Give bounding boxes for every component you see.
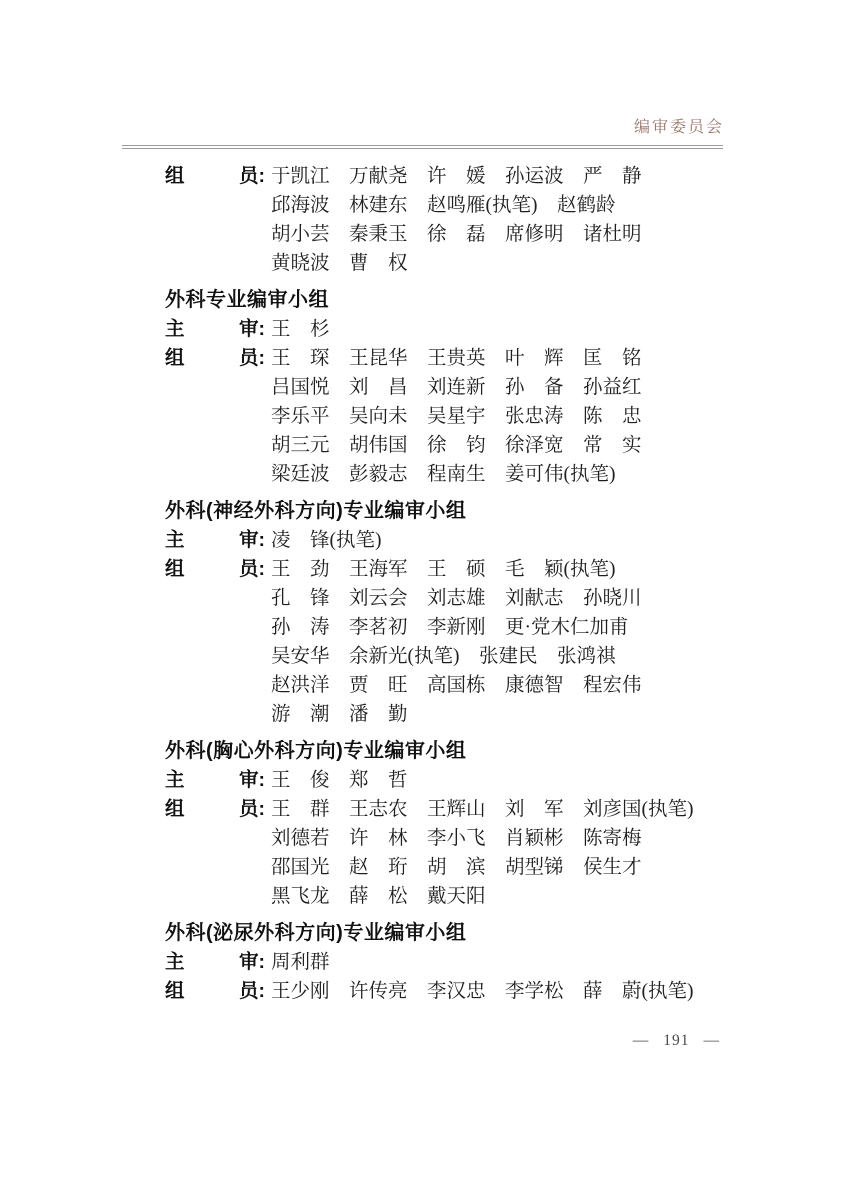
row-label: 组员: bbox=[165, 162, 265, 191]
member-lines: 王 琛 王昆华 王贵英 叶 辉 匡 铭吕国悦 刘 昌 刘连新 孙 备 孙益红李乐… bbox=[265, 344, 725, 489]
member-line: 李乐平 吴向未 吴星宇 张忠涛 陈 忠 bbox=[271, 402, 725, 431]
member-line: 黄晓波 曹 权 bbox=[271, 249, 725, 278]
member-lines: 于凯江 万献尧 许 媛 孙运波 严 静邱海波 林建东 赵鸣雁(执笔) 赵鹤龄胡小… bbox=[265, 162, 725, 278]
row-label: 主审: bbox=[165, 315, 265, 344]
member-line: 王 俊 郑 哲 bbox=[271, 766, 725, 795]
committee-row: 主审:凌 锋(执笔) bbox=[165, 526, 725, 555]
committee-row: 组员:王 劲 王海军 王 硕 毛 颖(执笔)孔 锋 刘云会 刘志雄 刘献志 孙晓… bbox=[165, 555, 725, 729]
member-line: 胡三元 胡伟国 徐 钧 徐泽宽 常 实 bbox=[271, 431, 725, 460]
member-line: 孔 锋 刘云会 刘志雄 刘献志 孙晓川 bbox=[271, 584, 725, 613]
row-label: 主审: bbox=[165, 766, 265, 795]
member-lines: 凌 锋(执笔) bbox=[265, 526, 725, 555]
member-line: 王 群 王志农 王辉山 刘 军 刘彦国(执笔) bbox=[271, 795, 725, 824]
row-label-second: 审: bbox=[239, 766, 265, 795]
member-lines: 王 俊 郑 哲 bbox=[265, 766, 725, 795]
committee-row: 主审:王 杉 bbox=[165, 315, 725, 344]
row-label-second: 审: bbox=[239, 526, 265, 555]
member-line: 王 杉 bbox=[271, 315, 725, 344]
section-heading: 外科专业编审小组 bbox=[165, 286, 725, 315]
header-rule bbox=[122, 145, 723, 149]
member-line: 王少刚 许传亮 李汉忠 李学松 薛 蔚(执笔) bbox=[271, 977, 725, 1006]
member-line: 吕国悦 刘 昌 刘连新 孙 备 孙益红 bbox=[271, 373, 725, 402]
row-label-first: 组 bbox=[165, 795, 185, 824]
member-line: 梁廷波 彭毅志 程南生 姜可伟(执笔) bbox=[271, 460, 725, 489]
member-lines: 王 劲 王海军 王 硕 毛 颖(执笔)孔 锋 刘云会 刘志雄 刘献志 孙晓川孙 … bbox=[265, 555, 725, 729]
member-lines: 王 群 王志农 王辉山 刘 军 刘彦国(执笔)刘德若 许 林 李小飞 肖颖彬 陈… bbox=[265, 795, 725, 911]
member-line: 刘德若 许 林 李小飞 肖颖彬 陈寄梅 bbox=[271, 824, 725, 853]
member-line: 凌 锋(执笔) bbox=[271, 526, 725, 555]
member-lines: 王 杉 bbox=[265, 315, 725, 344]
row-label-second: 员: bbox=[239, 344, 265, 373]
book-page: 编审委员会 组员:于凯江 万献尧 许 媛 孙运波 严 静邱海波 林建东 赵鸣雁(… bbox=[0, 0, 849, 1200]
member-line: 邱海波 林建东 赵鸣雁(执笔) 赵鹤龄 bbox=[271, 191, 725, 220]
member-line: 游 潮 潘 勤 bbox=[271, 700, 725, 729]
row-label-first: 组 bbox=[165, 555, 185, 584]
row-label-first: 主 bbox=[165, 948, 185, 977]
committee-row: 组员:王 琛 王昆华 王贵英 叶 辉 匡 铭吕国悦 刘 昌 刘连新 孙 备 孙益… bbox=[165, 344, 725, 489]
row-label: 组员: bbox=[165, 555, 265, 584]
row-label: 组员: bbox=[165, 977, 265, 1006]
folio-dash-right: — bbox=[704, 1032, 721, 1050]
row-label: 组员: bbox=[165, 344, 265, 373]
member-line: 孙 涛 李茗初 李新刚 更·党木仁加甫 bbox=[271, 613, 725, 642]
member-line: 黑飞龙 薛 松 戴天阳 bbox=[271, 882, 725, 911]
page-footer: —191— bbox=[123, 1032, 724, 1050]
row-label: 主审: bbox=[165, 526, 265, 555]
member-line: 吴安华 余新光(执笔) 张建民 张鸿祺 bbox=[271, 642, 725, 671]
committee-row: 主审:周利群 bbox=[165, 948, 725, 977]
running-header: 编审委员会 bbox=[123, 114, 724, 137]
row-label-second: 员: bbox=[239, 555, 265, 584]
committee-list: 组员:于凯江 万献尧 许 媛 孙运波 严 静邱海波 林建东 赵鸣雁(执笔) 赵鹤… bbox=[165, 150, 725, 1006]
section-heading: 外科(胸心外科方向)专业编审小组 bbox=[165, 737, 725, 766]
section-heading: 外科(神经外科方向)专业编审小组 bbox=[165, 497, 725, 526]
page-number: 191 bbox=[663, 1032, 689, 1050]
member-lines: 王少刚 许传亮 李汉忠 李学松 薛 蔚(执笔) bbox=[265, 977, 725, 1006]
row-label-first: 组 bbox=[165, 344, 185, 373]
row-label-second: 审: bbox=[239, 315, 265, 344]
member-line: 王 劲 王海军 王 硕 毛 颖(执笔) bbox=[271, 555, 725, 584]
folio-dash-left: — bbox=[633, 1032, 650, 1050]
row-label-first: 主 bbox=[165, 766, 185, 795]
committee-row: 组员:王少刚 许传亮 李汉忠 李学松 薛 蔚(执笔) bbox=[165, 977, 725, 1006]
row-label-first: 组 bbox=[165, 977, 185, 1006]
committee-row: 组员:王 群 王志农 王辉山 刘 军 刘彦国(执笔)刘德若 许 林 李小飞 肖颖… bbox=[165, 795, 725, 911]
chapter-title: 编审委员会 bbox=[634, 119, 724, 136]
row-label: 组员: bbox=[165, 795, 265, 824]
row-label-second: 员: bbox=[239, 977, 265, 1006]
member-line: 胡小芸 秦秉玉 徐 磊 席修明 诸杜明 bbox=[271, 220, 725, 249]
row-label-second: 员: bbox=[239, 162, 265, 191]
member-line: 于凯江 万献尧 许 媛 孙运波 严 静 bbox=[271, 162, 725, 191]
member-line: 周利群 bbox=[271, 948, 725, 977]
row-label-first: 主 bbox=[165, 315, 185, 344]
member-line: 王 琛 王昆华 王贵英 叶 辉 匡 铭 bbox=[271, 344, 725, 373]
row-label-first: 主 bbox=[165, 526, 185, 555]
row-label-first: 组 bbox=[165, 162, 185, 191]
committee-row: 组员:于凯江 万献尧 许 媛 孙运波 严 静邱海波 林建东 赵鸣雁(执笔) 赵鹤… bbox=[165, 162, 725, 278]
row-label-second: 员: bbox=[239, 795, 265, 824]
member-line: 邵国光 赵 珩 胡 滨 胡型锑 侯生才 bbox=[271, 853, 725, 882]
member-lines: 周利群 bbox=[265, 948, 725, 977]
section-heading: 外科(泌尿外科方向)专业编审小组 bbox=[165, 919, 725, 948]
member-line: 赵洪洋 贾 旺 高国栋 康德智 程宏伟 bbox=[271, 671, 725, 700]
row-label-second: 审: bbox=[239, 948, 265, 977]
committee-row: 主审:王 俊 郑 哲 bbox=[165, 766, 725, 795]
row-label: 主审: bbox=[165, 948, 265, 977]
